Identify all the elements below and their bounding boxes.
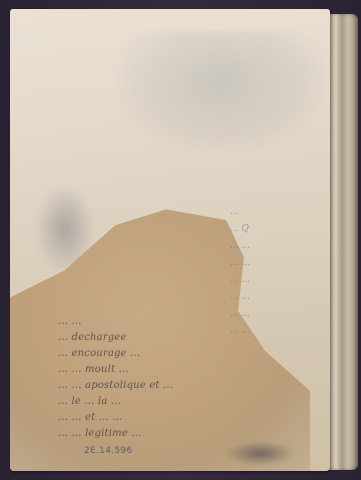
handwriting-line: ... ... moult ... bbox=[58, 362, 258, 378]
margin-line: ... ... bbox=[230, 238, 325, 255]
handwriting-line: ... le ... la ... bbox=[58, 394, 258, 410]
catalog-stamp: 2E.14.596 bbox=[84, 446, 132, 456]
margin-line: ... bbox=[230, 204, 325, 221]
handwriting-line: ... ... et ... ... bbox=[58, 410, 258, 426]
margin-line: ... ... bbox=[230, 306, 325, 323]
margin-line: ... ... bbox=[230, 323, 325, 340]
handwriting-line: ... ... bbox=[58, 314, 258, 330]
dark-stain-bottom bbox=[225, 441, 295, 466]
handwriting-line: ... ... legitime ... bbox=[58, 426, 258, 442]
margin-line: ... ... bbox=[230, 272, 325, 289]
manuscript-page: ... ... ... dechargee ... encourage ... … bbox=[10, 9, 330, 471]
handwriting-line: ... encourage ... bbox=[58, 346, 258, 362]
faint-margin-text: ... ... Q ... ... ... ... ... ... ... ..… bbox=[230, 204, 325, 340]
margin-line: ... ... bbox=[230, 255, 325, 272]
handwritten-text-block: ... ... ... dechargee ... encourage ... … bbox=[58, 314, 258, 442]
handwriting-line: ... ... apostolique et ... bbox=[58, 378, 258, 394]
handwriting-line: ... dechargee bbox=[58, 330, 258, 346]
margin-line: ... ... bbox=[230, 289, 325, 306]
margin-line: ... Q bbox=[230, 221, 325, 238]
